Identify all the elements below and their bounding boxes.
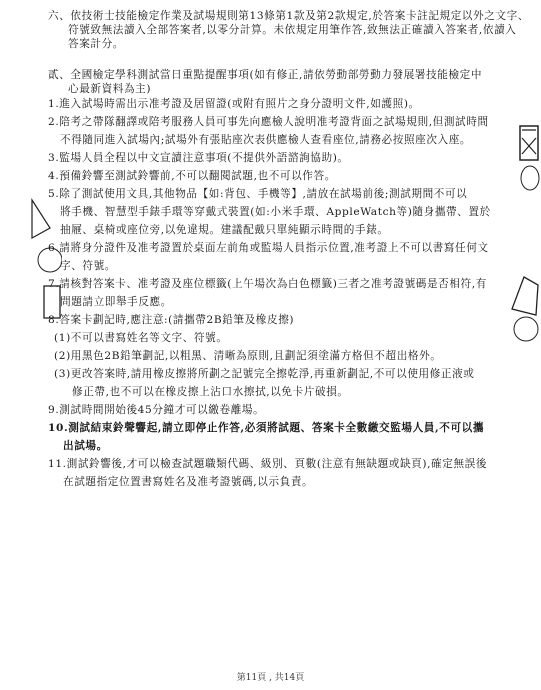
page-footer: 第11頁 , 共14頁 [0,670,541,683]
list-item: 2.陪考之帶隊翻譯或陪考服務人員可事先向應檢人說明准考證背面之試場規則,但測試時… [48,116,489,129]
section-6-line: 答案計分。 [68,38,124,51]
list-item: 6.請將身分證件及准考證置於桌面左前角或監場人員指示位置,准考證上不可以書寫任何… [48,242,489,255]
stamp-mark-icon [30,198,62,328]
list-item: 修正帶,也不可以在橡皮擦上沾口水擦拭,以免卡片破損。 [72,386,349,399]
list-item: 7.請核對答案卡、准考證及座位標籤(上午場次為白色標籤)三者之准考證號碼是否相符… [48,278,487,291]
list-item: (3)更改答案時,請用橡皮擦將所劃之記號完全擦乾淨,再重新劃記,不可以使用修正液… [54,368,475,381]
section-6-line: 符號致無法讀入全部答案者,以零分計算。未依規定用筆作答,致無法正確讀入答案者,依… [68,24,516,37]
list-item: 3.監場人員全程以中文宣讀注意事項(不提供外語諮詢協助)。 [48,152,349,165]
list-item: 11.測試鈴響後,才可以檢查試題職類代碼、級別、頁數(注意有無缺題或缺頁),確定… [48,458,487,471]
list-item: 5.除了測試使用文具,其他物品【如:背包、手機等】,請放在試場前後;測試期間不可… [48,188,467,201]
stamp-mark-icon [518,124,540,194]
list-item: 4.預備鈴響至測試鈴響前,不可以翻閱試題,也不可以作答。 [48,170,336,183]
section-2-title: 貳、全國檢定學科測試當日重點提醒事項(如有修正,請依勞動部勞動力發展署技能檢定中 [48,69,482,82]
list-item: 問題請立即舉手反應。 [60,296,172,309]
stamp-mark-icon [510,275,540,345]
list-item: 9.測試時間開始後45分鐘才可以繳卷離場。 [48,404,264,417]
list-item: 1.進入試場時需出示准考證及居留證(或附有照片之身分證明文件,如護照)。 [48,98,420,111]
section-6-line: 六、依技術士技能檢定作業及試場規則第13條第1款及第2款規定,於答案卡註記規定以… [48,10,529,23]
list-item: (2)用黑色2B鉛筆劃記,以粗黑、清晰為原則,且劃記須塗滿方格但不超出格外。 [54,350,441,363]
list-item: 將手機、智慧型手錶手環等穿戴式裝置(如:小米手環、AppleWatch等)隨身攜… [60,206,491,219]
document-page: 六、依技術士技能檢定作業及試場規則第13條第1款及第2款規定,於答案卡註記規定以… [0,0,541,690]
list-item: 在試題指定位置書寫姓名及准考證號碼,以示負責。 [63,476,313,489]
list-item: 字、符號。 [60,260,116,273]
list-item: 不得隨同進入試場內;試場外有張貼座次表供應檢人查看座位,請務必按照座次入座。 [60,134,471,147]
list-item-important: 10.測試結束鈴聲響起,請立即停止作答,必須將試題、答案卡全數繳交監場人員,不可… [48,422,484,435]
list-item: (1)不可以書寫姓名等文字、符號。 [54,332,228,345]
section-2-title: 心最新資料為主) [68,83,151,96]
list-item: 8.答案卡劃記時,應注意:(請攜帶2B鉛筆及橡皮擦) [48,314,294,327]
list-item: 抽屜、桌椅或座位旁,以免違規。建議配戴只單純顯示時間的手錶。 [60,224,389,237]
list-item-important: 出試場。 [63,440,108,453]
